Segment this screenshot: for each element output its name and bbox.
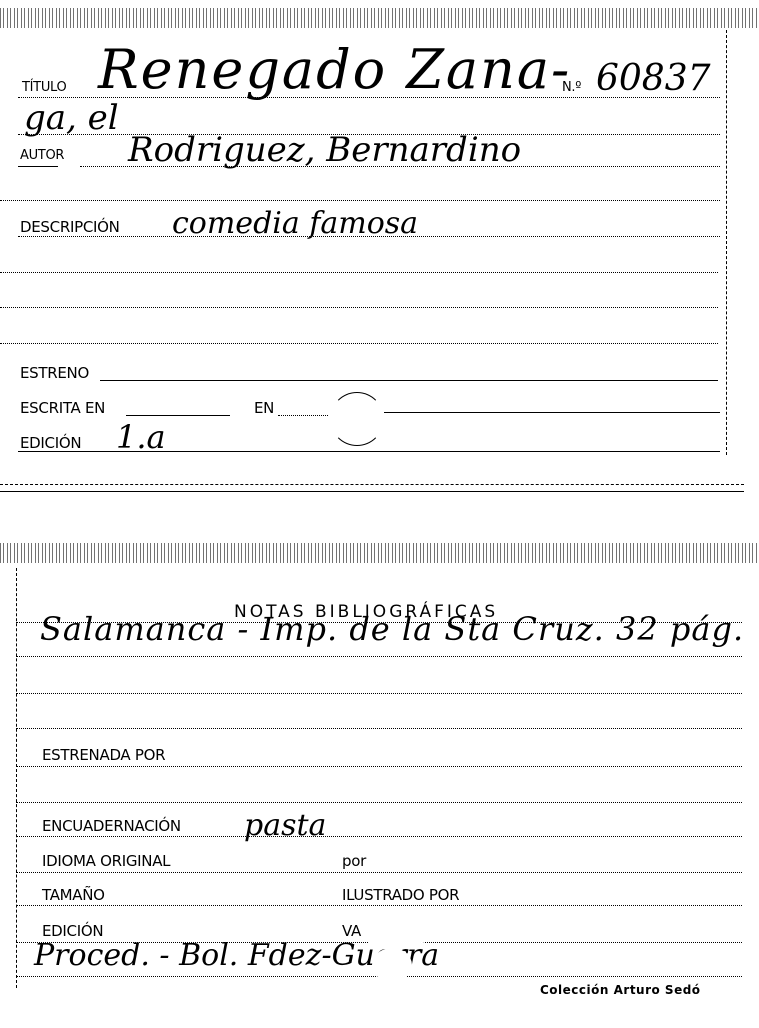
notes-line [16, 728, 742, 729]
card-left-edge [16, 568, 17, 988]
blank-line [0, 272, 718, 273]
idioma-original-label: IDIOMA ORIGINAL [42, 852, 170, 870]
numero-prefix: N.º [562, 80, 581, 95]
collection-credit: Colección Arturo Sedó [540, 983, 701, 997]
blank-line [0, 343, 718, 344]
en-line-continued [384, 412, 720, 413]
traducido-por-label: por [342, 852, 366, 870]
circle-stamp-icon [330, 392, 384, 446]
descripcion-label: DESCRIPCIÓN [20, 218, 120, 236]
ilustrado-por-label: ILUSTRADO POR [342, 886, 459, 904]
catalog-card-back: NOTAS BIBLIOGRÁFICAS Salamanca - Imp. de… [0, 538, 759, 1028]
scan-noise-border [0, 543, 759, 563]
autor-label: AUTOR [20, 148, 64, 163]
blank-line [0, 307, 718, 308]
card-separator [0, 491, 744, 492]
escrita-en-label: ESCRITA EN [20, 399, 105, 417]
card-right-edge [726, 30, 727, 455]
redaction-blot [372, 948, 412, 982]
titulo-label: TÍTULO [22, 80, 66, 95]
edicion-label: EDICIÓN [20, 434, 81, 452]
numero-value: 60837 [596, 58, 711, 99]
idioma-line [16, 872, 742, 873]
catalog-card-front: TÍTULO Renegado Zana- N.º 60837 ga, el A… [0, 0, 759, 500]
encuadernacion-line [16, 836, 742, 837]
titulo-value: Renegado Zana- [98, 38, 571, 101]
notes-line [16, 693, 742, 694]
scan-noise-border [0, 8, 759, 28]
blank-line [0, 200, 720, 201]
encuadernacion-label: ENCUADERNACIÓN [42, 817, 181, 835]
escrita-en-line [126, 415, 230, 416]
estrenada-por-label: ESTRENADA POR [42, 746, 165, 764]
estreno-line [100, 380, 718, 381]
estrenada-por-line [16, 766, 742, 767]
en-label: EN [254, 399, 274, 417]
autor-lead-line [18, 166, 58, 167]
edicion-value: 1.a [116, 418, 166, 456]
encuadernacion-value: pasta [244, 808, 326, 843]
estreno-label: ESTRENO [20, 364, 89, 382]
tamano-line [16, 905, 742, 906]
descripcion-value: comedia famosa [172, 206, 418, 241]
notes-value: Salamanca - Imp. de la Sta Cruz. 32 pág. [40, 610, 744, 648]
autor-value: Rodriguez, Bernardino [128, 130, 521, 170]
notes-line [16, 656, 742, 657]
titulo-value-continued: ga, el [24, 98, 119, 138]
en-line [278, 415, 328, 416]
tamano-label: TAMAÑO [42, 886, 105, 904]
blank-line [16, 802, 742, 803]
card-bottom-edge [0, 484, 744, 485]
